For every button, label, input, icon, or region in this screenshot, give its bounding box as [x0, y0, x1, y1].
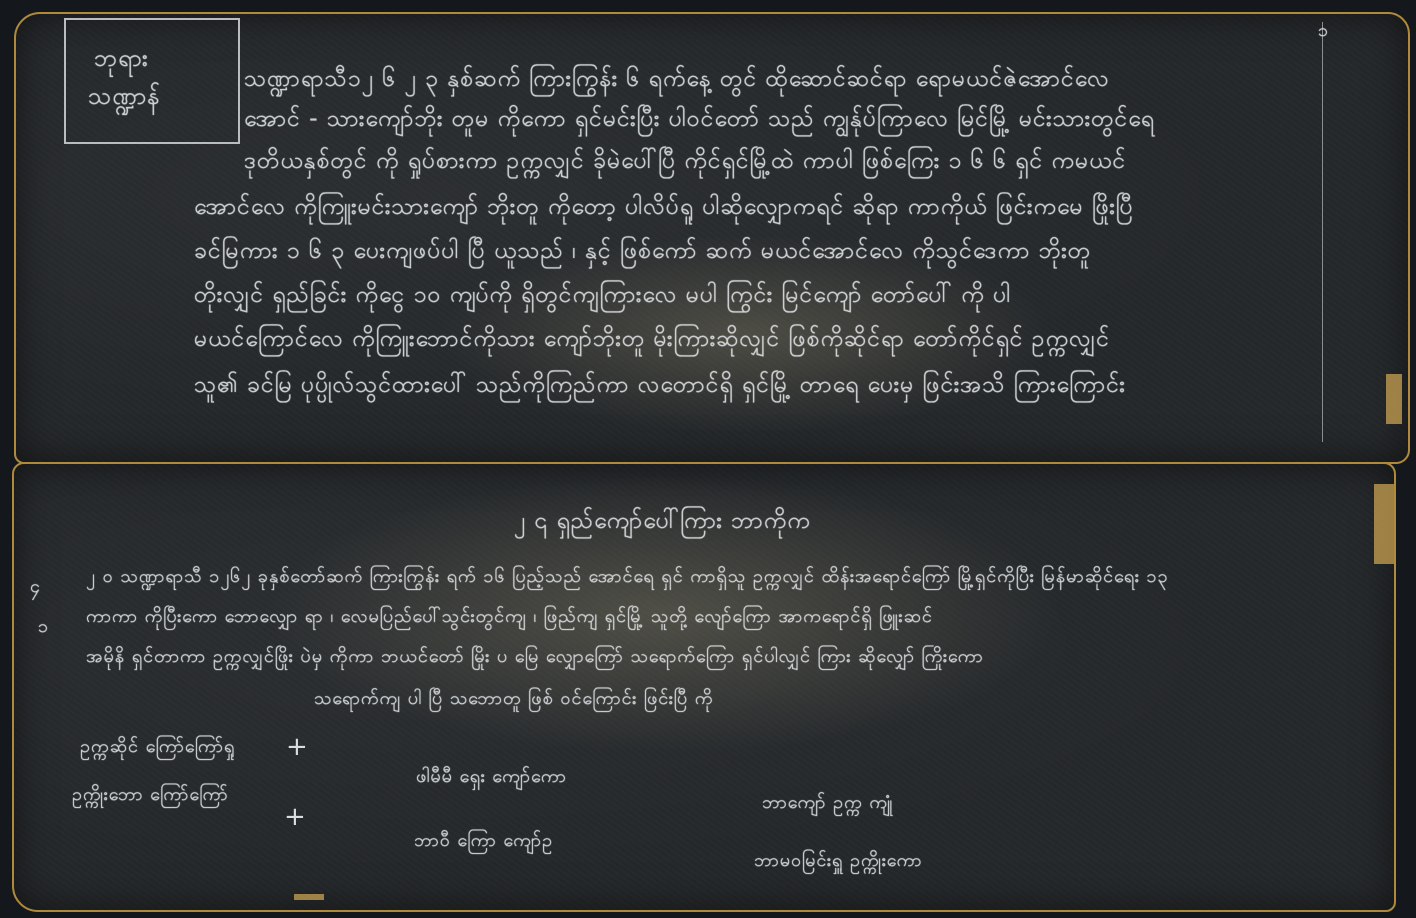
bottom-folio: ၂ ၎ ရှည်ကျော်ပေါ်ကြား ဘာကိုက ၄ ၁ ၂ ၀ သဏ္…	[12, 462, 1396, 912]
gilt-wear	[294, 894, 324, 900]
margin-mark: ၁	[38, 614, 49, 641]
title-line-2: သဏ္ဍာန်	[88, 80, 161, 116]
gilt-wear	[1386, 374, 1402, 424]
text-line: ဒုတိယနှစ်တွင် ကို ရှုပ်စားကာ ဥက္ကလျှင် ခ…	[244, 146, 1126, 180]
text-line: သဏ္ဍာရာသီ၁၂ ၆ ၂ ၃ နှစ်ဆက် ကြားကြွန်း ၆ ရ…	[244, 64, 1110, 98]
text-line: အောင် - သားကျော်ဘိုး တူမ ကိုကော ရှင်မင်း…	[244, 104, 1155, 138]
text-line: အောင်လေ ကိုကြူးမင်းသားကျော် ဘိုးတူ ကိုတေ…	[194, 192, 1134, 226]
text-line: သူ၏ ခင်မြ ပုပ္ပိုလ်သွင်ထားပေါ် သည်ကိုကြည…	[194, 370, 1126, 404]
section-heading: ၂ ၎ ရှည်ကျော်ပေါ်ကြား ဘာကိုက	[514, 506, 811, 540]
witness-name: ဘာဝီ ကြော ကျော်ဥ	[414, 828, 553, 855]
text-line: ခင်မြကား ၁ ၆ ၃ ပေးကျဖပ်ပါ ပြီ ယူသည် ၊ နှ…	[194, 236, 1091, 270]
text-line: မယင်ကြောင်လေ ကိုကြူးဘောင်ကိုသား ကျော်ဘို…	[194, 324, 1110, 358]
text-line: သရောက်ကျ ပါ ပြီ သဘောတူ ဖြစ် ဝင်ကြောင်း ဖ…	[314, 686, 713, 713]
witness-name: ဖါမီမီ ရှေး ကျော်ကော	[416, 764, 567, 791]
text-line: တိုးလျှင် ရှည်ခြင်း ကိုငွေ ၁၀ ကျပ်ကို ရှ…	[194, 280, 1011, 314]
margin-mark: ၄	[30, 574, 41, 601]
text-line: ၂ ၀ သဏ္ဍာရာသီ ၁၂၆၂ ခုနှစ်တော်ဆက် ကြားကြွ…	[86, 564, 1169, 591]
gilt-wear	[1374, 484, 1394, 564]
title-box: ဘုရား သဏ္ဍာန်	[64, 18, 240, 144]
text-line: အမိုနိ ရှင်တာကာ ဥက္ကလျှင်ဖြိုး ပဲမှ ကိုက…	[86, 644, 984, 671]
top-folio: ဘုရား သဏ္ဍာန် ၁ သဏ္ဍာရာသီ၁၂ ၆ ၂ ၃ နှစ်ဆက…	[14, 12, 1410, 464]
text-line: ကာကာ ကိုပြီးကော ဘောလျှော ရာ ၊ လေမပြည်ပေါ…	[86, 604, 933, 631]
margin-mark: ၁	[1318, 18, 1329, 45]
plus-mark: +	[284, 802, 306, 832]
title-line-1: ဘုရား	[94, 42, 149, 78]
ruled-margin	[1322, 22, 1323, 442]
plus-mark: +	[286, 732, 308, 762]
witness-name: ဥက္ကဆိုင် ကြော်ကြော်ရှု	[80, 734, 235, 761]
witness-name: ဘာကျော် ဥက္က ကျုံ	[762, 790, 893, 817]
witness-name: ဘာမဝမြင်းရှူ ဥက္ကိုးကော	[754, 848, 923, 875]
witness-name: ဥက္ကိုးဘော ကြော်ကြော်	[72, 782, 229, 809]
